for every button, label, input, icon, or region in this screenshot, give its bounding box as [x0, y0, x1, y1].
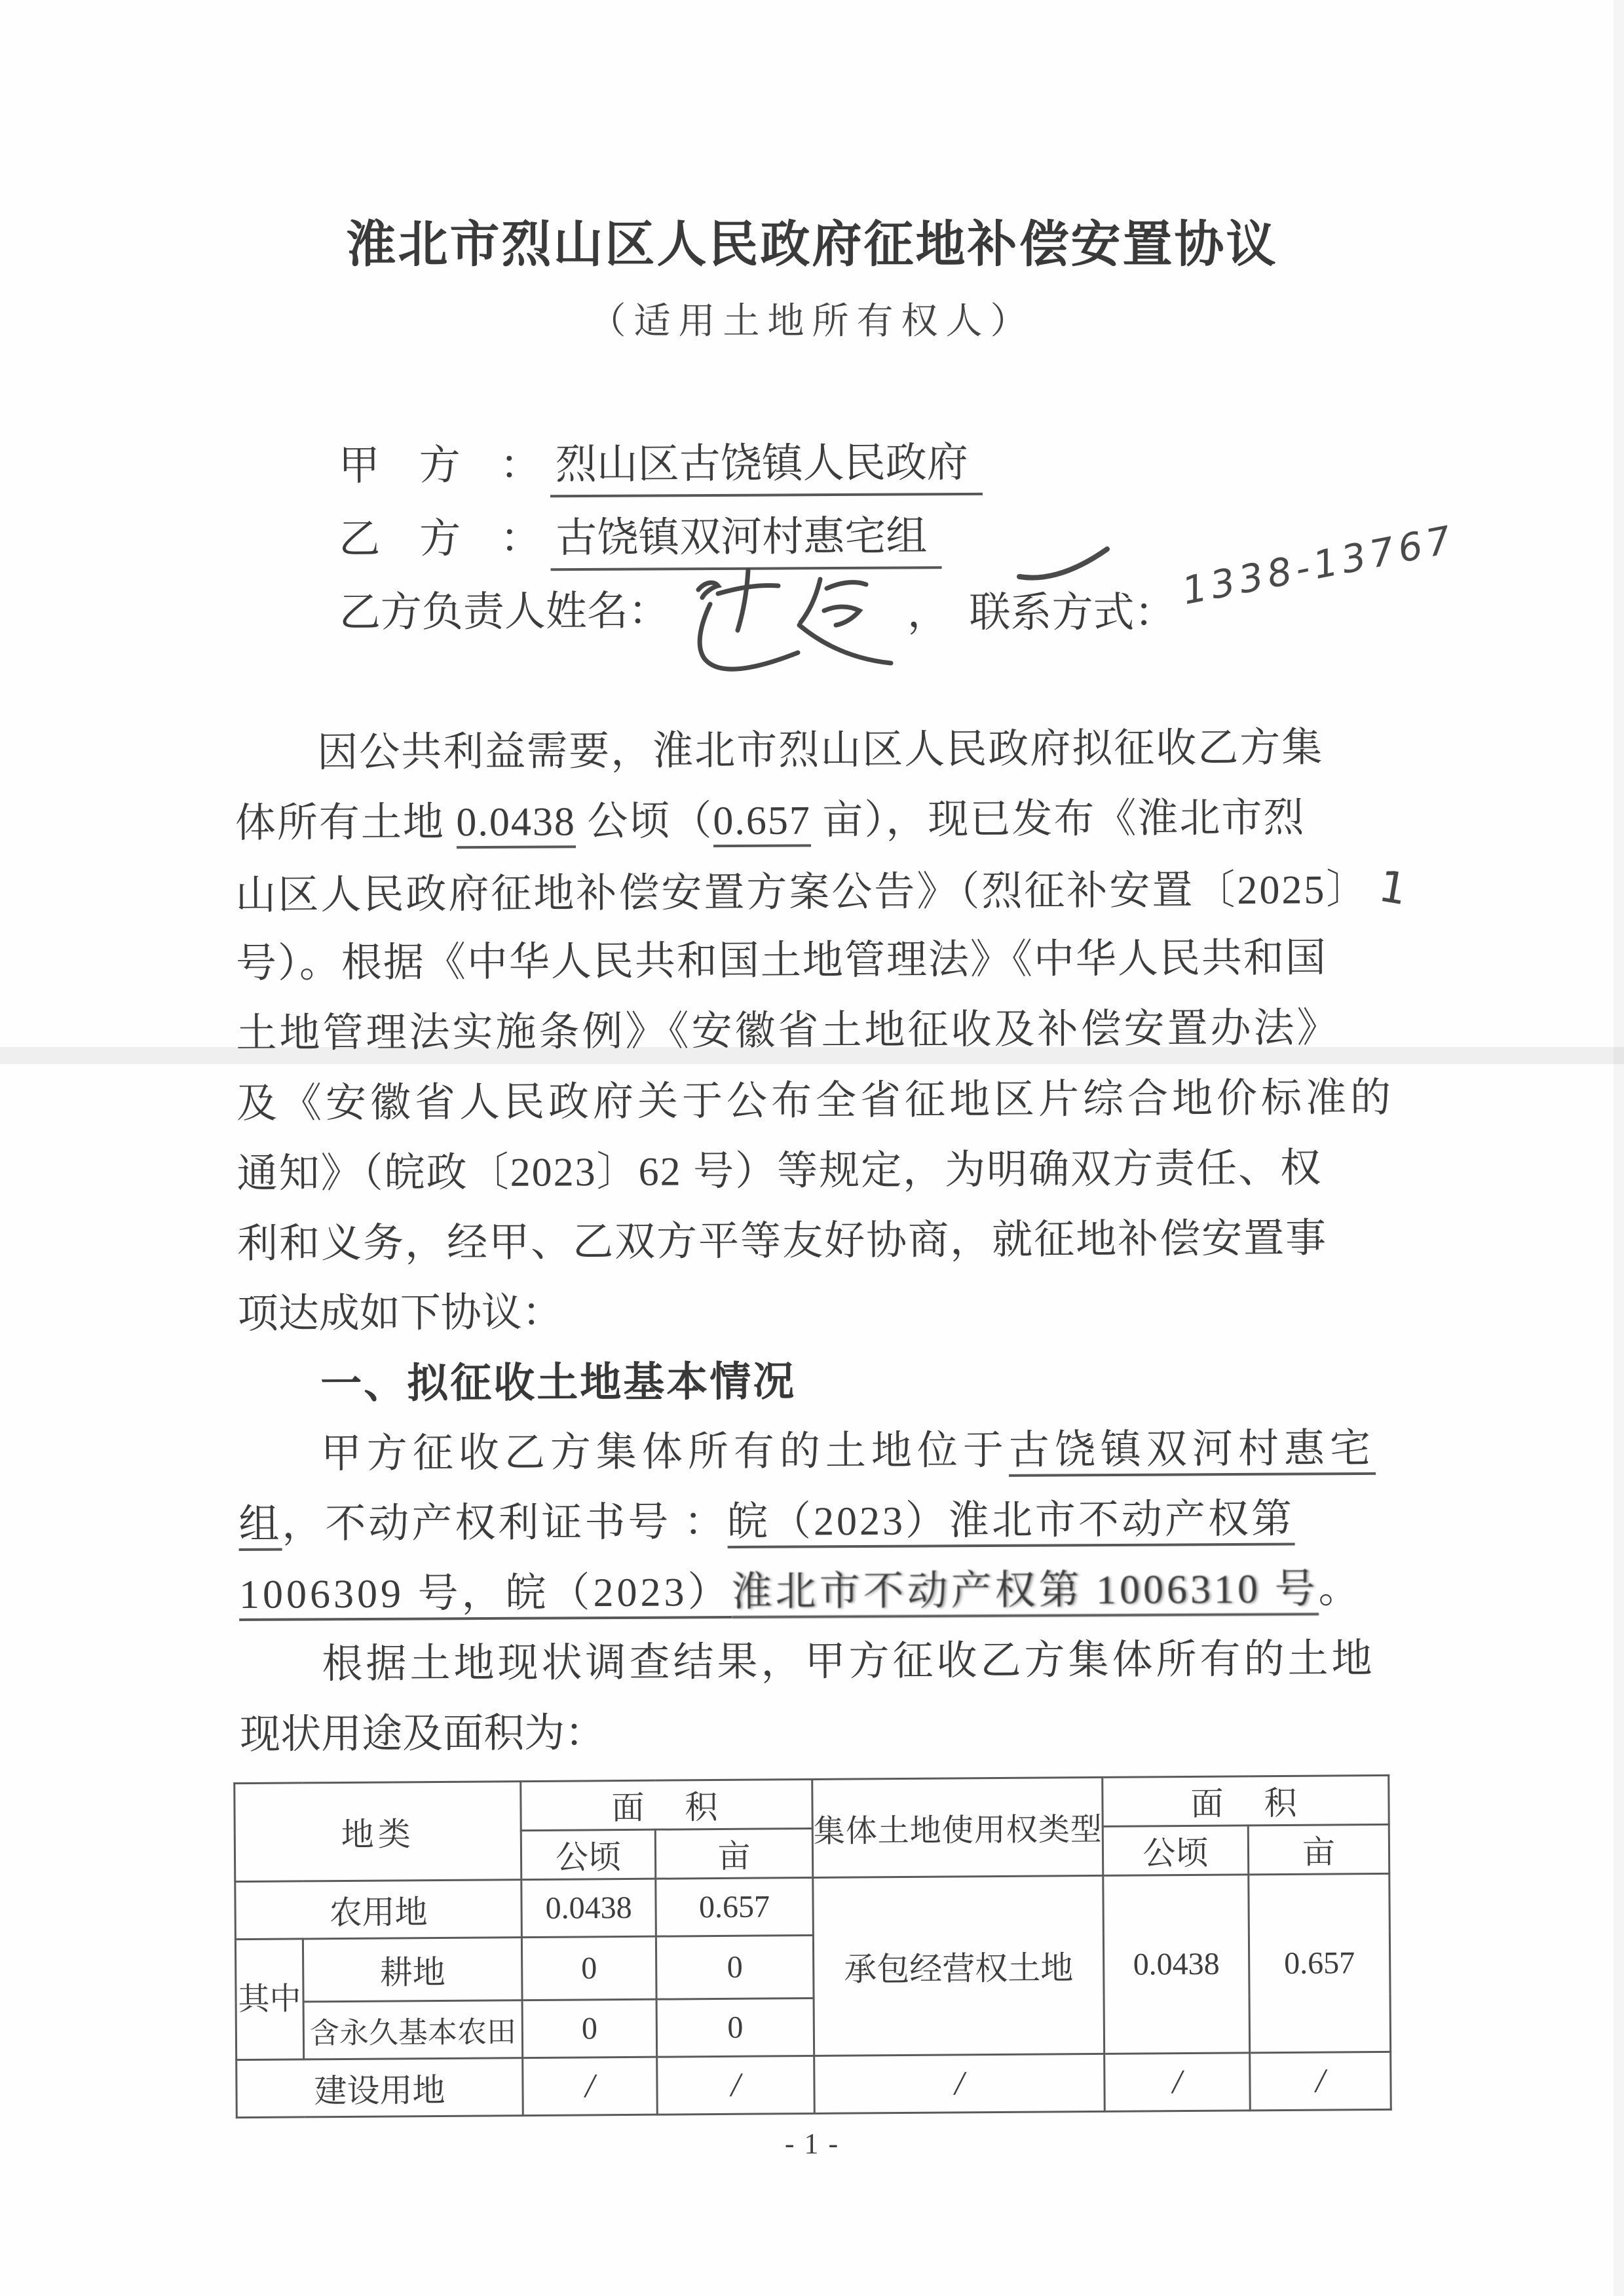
header-hectare-left: 公顷 — [521, 1829, 656, 1879]
party-a-label: 甲方 — [339, 442, 500, 489]
permanent-hectare: 0 — [522, 1999, 657, 2057]
body-line-11: 甲方征收乙方集体所有的土地位于古饶镇双河村惠宅 — [238, 1414, 1402, 1490]
row-permanent-label: 含永久基本农田 — [303, 2000, 523, 2059]
handwritten-digit: 1 — [1374, 851, 1414, 925]
row-construction-label: 建设用地 — [236, 2058, 523, 2118]
construction-mu-left: / — [657, 2056, 815, 2114]
body-line-13-text: 。 — [1318, 1567, 1362, 1611]
body-line-11-text: 甲方征收乙方集体所有的土地位于 — [321, 1428, 1009, 1476]
party-a-colon: ： — [500, 442, 541, 488]
body-line-15: 现状用途及面积为： — [240, 1694, 1403, 1770]
page-title: 淮北市烈山区人民政府征地补偿安置协议 — [0, 204, 1624, 276]
certificate-no-underlined: 1006309 号，皖（2023） — [239, 1570, 732, 1621]
location-value-underlined: 古饶镇双河村惠宅 — [1009, 1426, 1376, 1477]
party-b-colon: ： — [500, 515, 541, 561]
hectare-value-underlined: 0.0438 — [456, 799, 576, 849]
document-page: 淮北市烈山区人民政府征地补偿安置协议 （适用土地所有权人） 甲方：烈山区古饶镇人… — [0, 0, 1624, 2296]
body-line-13: 1006309 号，皖（2023）淮北市不动产权第 1006310 号。 — [239, 1554, 1403, 1630]
section-heading-1: 一、拟征收土地基本情况 — [238, 1344, 1401, 1420]
party-b-value: 古饶镇双河村惠宅组 — [550, 503, 942, 571]
page-number: - 1 - — [0, 2127, 1624, 2160]
header-mu-left: 亩 — [655, 1828, 813, 1879]
construction-hectare-left: / — [523, 2057, 658, 2115]
body-line-2: 体所有土地 0.0438 公顷（0.657 亩），现已发布《淮北市烈 — [235, 783, 1399, 859]
body-line-6: 及《安徽省人民政府关于公布全省征地区片综合地价标准的 — [236, 1063, 1400, 1139]
header-land-type: 地类 — [235, 1782, 521, 1882]
construction-hectare-right: / — [1105, 2053, 1251, 2112]
header-area-right: 面 积 — [1103, 1775, 1389, 1826]
header-area-left: 面 积 — [521, 1779, 813, 1830]
body-line-3: 山区人民政府征地补偿安置方案公告》（烈征补安置〔2025〕1 — [235, 853, 1399, 929]
body-line-2-text: 体所有土地 — [235, 800, 457, 846]
permanent-mu: 0 — [656, 1998, 814, 2057]
handwritten-signature — [655, 562, 904, 693]
body-line-12: 组，不动产权利证书号 ：皖（2023）淮北市不动产权第 — [238, 1484, 1402, 1560]
row-among-label: 其中 — [235, 1939, 303, 2060]
body-line-8: 利和义务，经甲、乙双方平等友好协商，就征地补偿安置事 — [237, 1204, 1401, 1280]
agricultural-hectare: 0.0438 — [521, 1879, 656, 1937]
right-hectare-value: 0.0438 — [1103, 1875, 1250, 2054]
location-value-underlined: 组 — [238, 1502, 282, 1551]
mu-value-underlined: 0.657 — [713, 798, 811, 847]
body-line-2-text: 亩），现已发布《淮北市烈 — [811, 795, 1306, 843]
signature-flourish — [1014, 544, 1112, 583]
row-cultivated-label: 耕地 — [303, 1938, 522, 2002]
body-text: 因公共利益需要，淮北市烈山区人民政府拟征收乙方集 体所有土地 0.0438 公顷… — [235, 713, 1403, 1770]
contact-label: ， 联系方式： — [907, 579, 1176, 639]
header-hectare-right: 公顷 — [1103, 1826, 1249, 1876]
party-b-representative-row: 乙方负责人姓名： — [339, 577, 670, 639]
header-mu-right: 亩 — [1248, 1824, 1389, 1874]
page-subtitle: （适用土地所有权人） — [0, 292, 1624, 345]
body-line-14: 根据土地现状调查结果，甲方征收乙方集体所有的土地 — [239, 1624, 1403, 1700]
land-area-table: 地类 面 积 集体土地使用权类型 面 积 公顷 亩 公顷 亩 农用地 0.043… — [233, 1774, 1392, 2118]
party-b-label: 乙方 — [339, 516, 500, 562]
row-agricultural-label: 农用地 — [235, 1880, 522, 1940]
body-line-3-text: 山区人民政府征地补偿安置方案公告》（烈征补安置〔2025〕 — [235, 868, 1369, 918]
right-type-value: 承包经营权土地 — [813, 1875, 1105, 2056]
body-line-7: 通知》（皖政〔2023〕62 号）等规定，为明确双方责任、权 — [236, 1134, 1400, 1210]
construction-mu-right: / — [1250, 2052, 1391, 2110]
party-a-value: 烈山区古饶镇人民政府 — [550, 429, 983, 497]
body-line-4: 号）。根据《中华人民共和国土地管理法》《中华人民共和国 — [236, 923, 1399, 999]
cultivated-mu: 0 — [656, 1935, 814, 1999]
body-line-1: 因公共利益需要，淮北市烈山区人民政府拟征收乙方集 — [235, 713, 1398, 789]
party-a-row: 甲方：烈山区古饶镇人民政府 — [338, 429, 983, 499]
body-line-9: 项达成如下协议： — [237, 1274, 1401, 1350]
construction-right-type: / — [814, 2054, 1105, 2113]
certificate-no-underlined-smeared: 淮北市不动产权第 1006310 号 — [731, 1567, 1318, 1618]
agricultural-mu: 0.657 — [656, 1877, 814, 1936]
body-line-5: 土地管理法实施条例》《安徽省土地征收及补偿安置办法》 — [236, 993, 1399, 1069]
representative-name-label: 乙方负责人姓名： — [339, 588, 670, 636]
certificate-no-underlined: 皖（2023）淮北市不动产权第 — [727, 1497, 1294, 1549]
cultivated-hectare: 0 — [521, 1936, 656, 2000]
body-line-12-text: ，不动产权利证书号 ： — [282, 1500, 727, 1547]
right-mu-value: 0.657 — [1249, 1873, 1391, 2052]
header-right-type: 集体土地使用权类型 — [812, 1777, 1103, 1877]
body-line-2-text: 公顷（ — [576, 799, 713, 844]
handwritten-phone: 1338-13767 — [1179, 517, 1459, 613]
